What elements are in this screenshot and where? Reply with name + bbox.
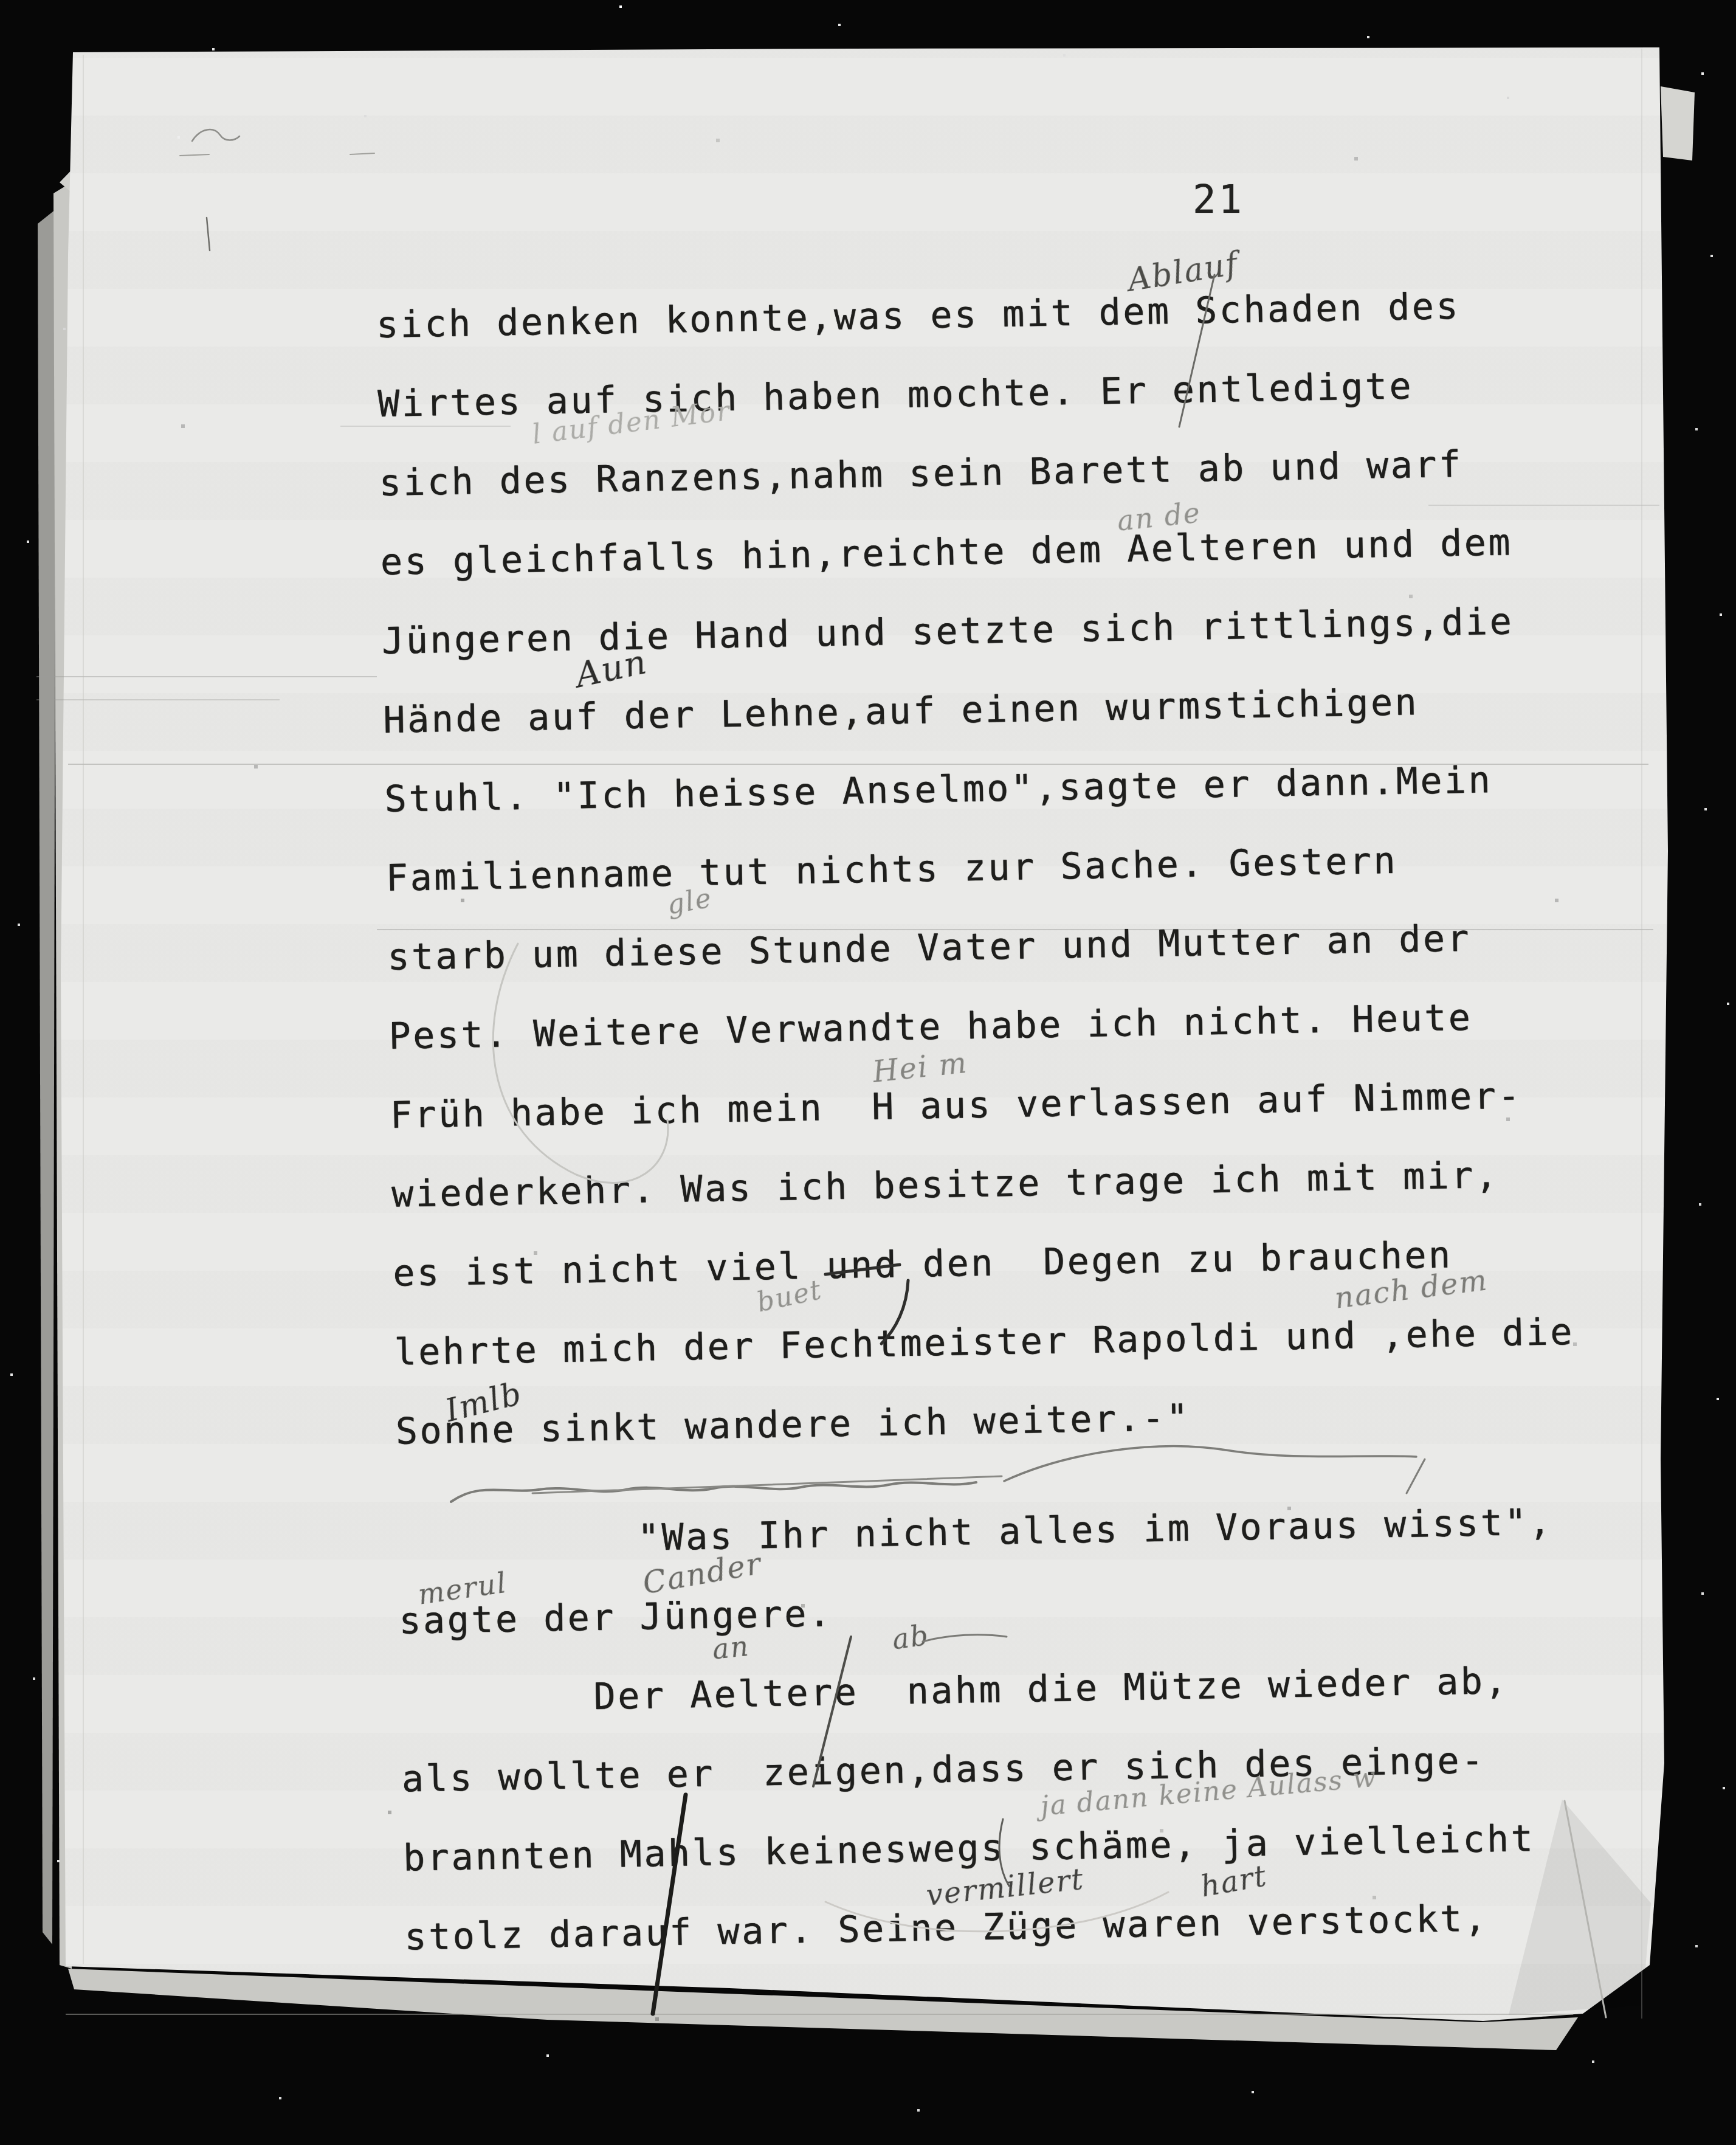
- ann-above-nahm: ab: [890, 1618, 931, 1656]
- ann-above-aeltere: an: [711, 1629, 751, 1666]
- paper-specks: [0, 0, 1, 1]
- scan-line-vertical: [83, 55, 84, 1964]
- struck-word: und: [826, 1243, 899, 1287]
- scan-line-horizontal: [36, 699, 280, 700]
- scan-line-horizontal: [36, 676, 377, 677]
- page-number: 21: [1193, 178, 1244, 223]
- typed-text-block: sich denken konnte,was es mit dem Schade…: [376, 263, 1681, 1977]
- scan-line-horizontal: [66, 2014, 1573, 2015]
- scanned-document-photo: { "page": { "description": "Scanned page…: [0, 0, 1736, 2145]
